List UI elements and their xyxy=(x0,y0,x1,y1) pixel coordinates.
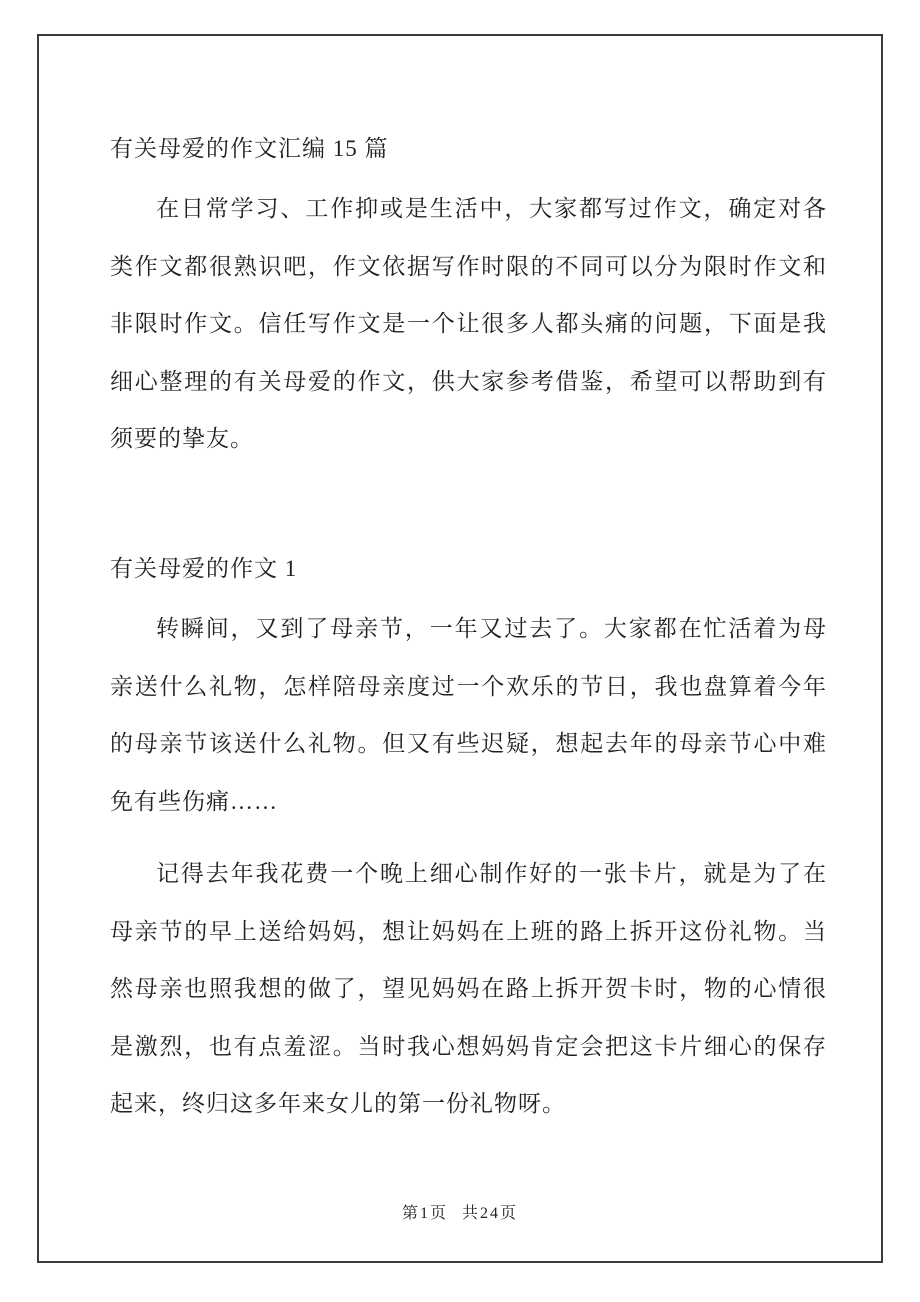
page-footer: 第1页共24页 xyxy=(39,1204,881,1224)
intro-paragraph: 在日常学习、工作抑或是生活中，大家都写过作文，确定对各类作文都很熟识吧，作文依据… xyxy=(110,180,827,468)
document-page: 有关母爱的作文汇编 15 篇 在日常学习、工作抑或是生活中，大家都写过作文，确定… xyxy=(37,34,883,1263)
document-title: 有关母爱的作文汇编 15 篇 xyxy=(110,120,827,178)
footer-page-number: 第1页 xyxy=(402,1205,448,1222)
essay-1-paragraph-1: 转瞬间，又到了母亲节，一年又过去了。大家都在忙活着为母亲送什么礼物，怎样陪母亲度… xyxy=(110,600,827,830)
section-heading-essay-1: 有关母爱的作文 1 xyxy=(110,540,827,598)
essay-1-paragraph-2: 记得去年我花费一个晚上细心制作好的一张卡片，就是为了在母亲节的早上送给妈妈，想让… xyxy=(110,845,827,1133)
footer-page-total: 共24页 xyxy=(462,1205,518,1222)
page-content: 有关母爱的作文汇编 15 篇 在日常学习、工作抑或是生活中，大家都写过作文，确定… xyxy=(110,36,827,1133)
document-canvas: 有关母爱的作文汇编 15 篇 在日常学习、工作抑或是生活中，大家都写过作文，确定… xyxy=(0,0,920,1302)
